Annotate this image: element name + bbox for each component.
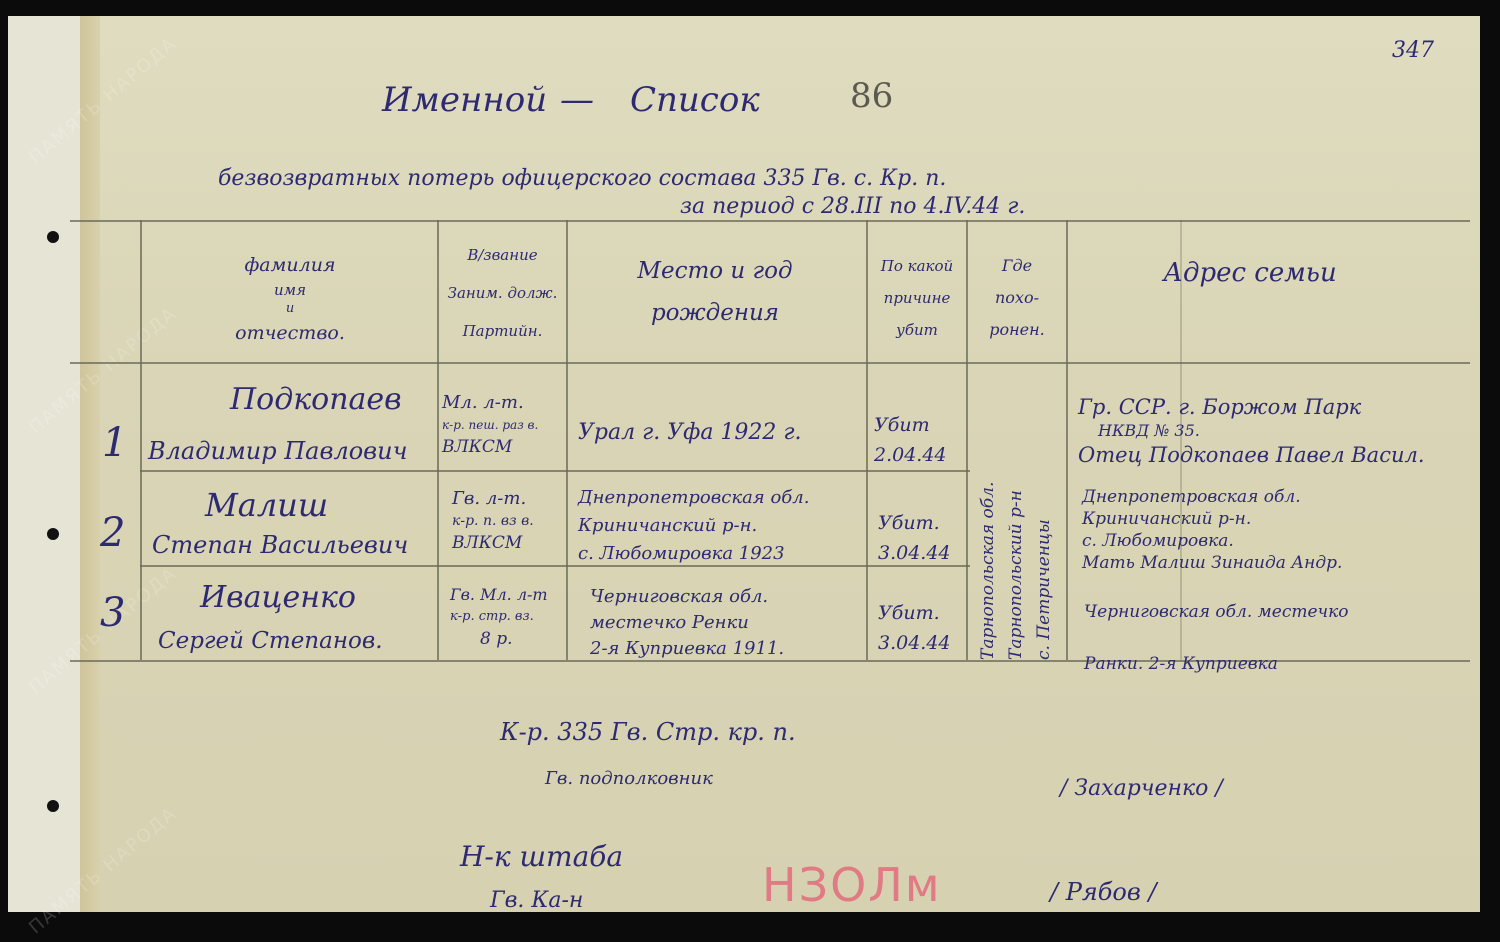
col-divider bbox=[140, 220, 142, 660]
commander-title: К-р. 335 Гв. Стр. кр. п. bbox=[500, 718, 796, 746]
title-left: Именной bbox=[382, 80, 547, 120]
commander-rank: Гв. подполковник bbox=[545, 768, 713, 789]
page-number: 86 bbox=[850, 76, 893, 116]
header-name: фамилия имя и отчество. bbox=[145, 250, 435, 348]
red-archive-mark: НЗОЛм bbox=[762, 858, 942, 912]
surname: Подкопаев bbox=[230, 382, 402, 417]
header-bottom-border bbox=[70, 362, 1470, 364]
chief-of-staff-signature: / Рябов / bbox=[1050, 878, 1157, 906]
scan-border-bottom bbox=[0, 912, 1500, 942]
address-cell: Черниговская обл. местечко Ранки. 2-я Ку… bbox=[1084, 586, 1348, 690]
col-divider bbox=[1066, 220, 1068, 660]
rank-cell: Гв. Мл. л-т к-р. стр. вз. 8 р. bbox=[450, 584, 548, 650]
surname: Иваценко bbox=[200, 580, 356, 615]
header-address: Адрес семьи bbox=[1080, 258, 1420, 288]
header-cause: По какой причине убит bbox=[868, 250, 966, 346]
table-top-border bbox=[70, 220, 1470, 222]
subtitle-line2: за период с 28.III по 4.IV.44 г. bbox=[680, 194, 1025, 219]
col-divider bbox=[566, 220, 568, 660]
subtitle-line1: безвозвратных потерь офицерского состава… bbox=[218, 166, 946, 191]
title-right: Список bbox=[630, 80, 760, 120]
rank-cell: Гв. л-т. к-р. п. вз в. ВЛКСМ bbox=[452, 488, 534, 554]
birth-cell: Урал г. Уфа 1922 г. bbox=[578, 418, 802, 448]
punch-hole bbox=[47, 528, 59, 540]
row-divider bbox=[140, 470, 970, 472]
cause-cell: Убит 2.04.44 bbox=[874, 410, 947, 470]
birth-cell: Днепропетровская обл. Криничанский р-н. … bbox=[578, 484, 809, 568]
cause-cell: Убит. 3.04.44 bbox=[878, 508, 951, 568]
commander-signature: / Захарченко / bbox=[1060, 776, 1223, 801]
given-name: Сергей Степанов. bbox=[158, 626, 383, 656]
rank-cell: Мл. л-т. к-р. пеш. раз в. ВЛКСМ bbox=[442, 392, 538, 458]
scan-border-right bbox=[1480, 0, 1500, 942]
header-birth: Место и год рождения bbox=[570, 250, 860, 334]
address-cell: Гр. ССР. г. Боржом Парк НКВД № 35. Отец … bbox=[1078, 392, 1425, 470]
address-cell: Днепропетровская обл. Криничанский р-н. … bbox=[1082, 486, 1342, 574]
birth-cell: Черниговская обл. местечко Ренки 2-я Куп… bbox=[590, 584, 784, 662]
given-name: Степан Васильевич bbox=[152, 530, 408, 560]
col-divider bbox=[437, 220, 439, 660]
title-dash: — bbox=[560, 80, 594, 120]
header-burial: Где похо- ронен. bbox=[968, 250, 1066, 346]
cause-cell: Убит. 3.04.44 bbox=[878, 598, 951, 658]
row-number: 3 bbox=[100, 590, 125, 636]
punch-hole bbox=[47, 800, 59, 812]
burial-place-cell: Тарнопольская обл. Тарнопольский р-н с. … bbox=[976, 400, 1056, 660]
surname: Малиш bbox=[205, 486, 328, 524]
given-name: Владимир Павлович bbox=[148, 436, 408, 466]
punch-hole bbox=[47, 231, 59, 243]
header-rank: В/звание Заним. долж. Партийн. bbox=[440, 236, 565, 350]
row-number: 1 bbox=[102, 420, 127, 466]
archive-sheet-number: 347 bbox=[1392, 38, 1434, 63]
row-divider bbox=[140, 565, 970, 567]
torn-edge bbox=[80, 16, 100, 912]
chief-of-staff-rank: Гв. Ка-н bbox=[490, 888, 583, 913]
row-number: 2 bbox=[100, 510, 125, 556]
chief-of-staff-title: Н-к штаба bbox=[460, 840, 623, 873]
